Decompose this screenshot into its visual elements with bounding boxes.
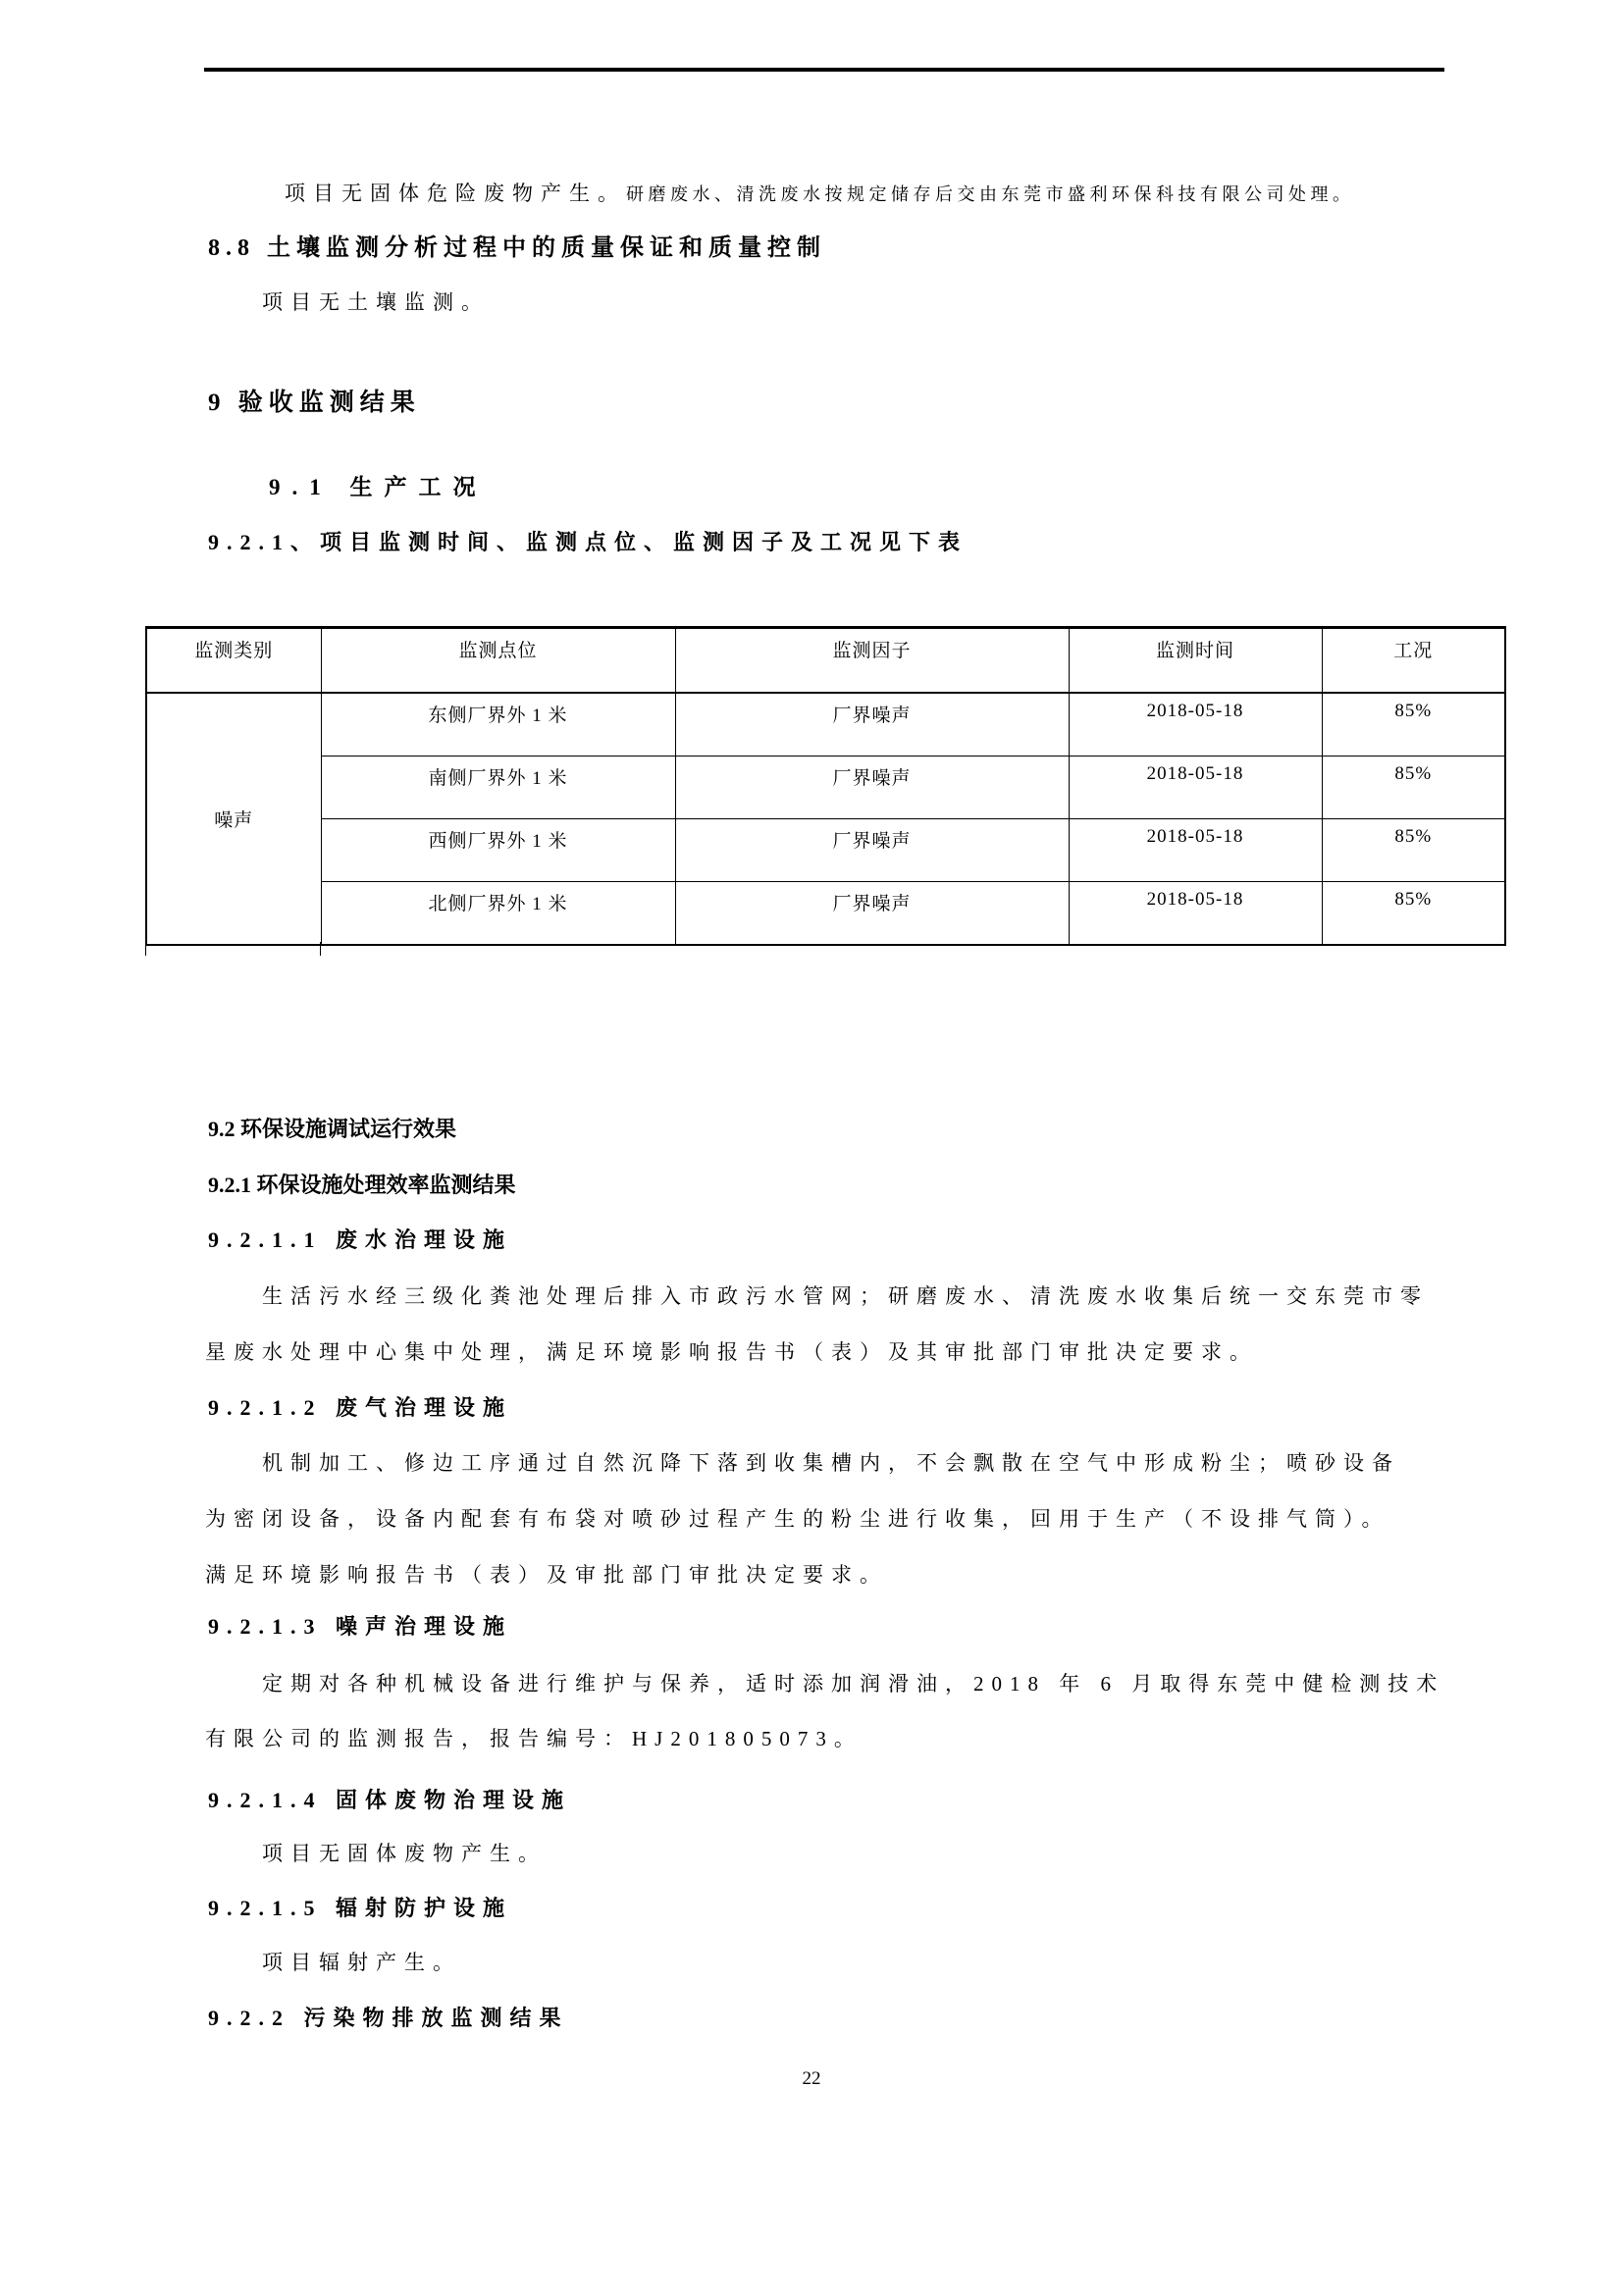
- table-cell-point: 西侧厂界外 1 米: [321, 819, 675, 882]
- heading-9-2: 9.2 环保设施调试运行效果: [208, 1115, 456, 1146]
- heading-9-2-1-intro: 9.2.1、项目监测时间、监测点位、监测因子及工况见下表: [208, 528, 968, 559]
- paragraph-9-2-1-4: 项目无固体废物产生。: [262, 1839, 547, 1870]
- paragraph-9-2-1-1-line2: 星废水处理中心集中处理，满足环境影响报告书（表）及其审批部门审批决定要求。: [205, 1337, 1258, 1369]
- table-cell-load: 85%: [1322, 757, 1505, 819]
- paragraph-9-2-1-3-line2: 有限公司的监测报告，报告编号：HJ201805073。: [205, 1724, 863, 1755]
- heading-8-8: 8.8 土壤监测分析过程中的质量保证和质量控制: [208, 234, 826, 265]
- header-rule: [204, 68, 1444, 72]
- table-header-factor: 监测因子: [675, 628, 1069, 694]
- paragraph-9-2-1-2-line1: 机制加工、修边工序通过自然沉降下落到收集槽内，不会飘散在空气中形成粉尘；喷砂设备: [262, 1448, 1400, 1480]
- table-cell-factor: 厂界噪声: [675, 819, 1069, 882]
- table-row: 北侧厂界外 1 米 厂界噪声 2018-05-18 85%: [146, 882, 1505, 946]
- paragraph-9-2-1-2-line2: 为密闭设备，设备内配套有布袋对喷砂过程产生的粉尘进行收集，回用于生产（不设排气筒…: [205, 1504, 1390, 1536]
- paragraph-9-2-1-3-line1: 定期对各种机械设备进行维护与保养，适时添加润滑油，2018 年 6 月取得东莞中…: [262, 1669, 1444, 1700]
- heading-9-1: 9.1 生产工况: [269, 473, 488, 504]
- intro-text-large: 项目无固体危险废物产生。: [285, 182, 626, 205]
- table-header-row: 监测类别 监测点位 监测因子 监测时间 工况: [146, 628, 1505, 694]
- table-border-stub: [145, 942, 146, 956]
- table-row: 噪声 东侧厂界外 1 米 厂界噪声 2018-05-18 85%: [146, 693, 1505, 757]
- table-cell-load: 85%: [1322, 693, 1505, 757]
- intro-text-small: 研磨废水、清洗废水按规定储存后交由东莞市盛利环保科技有限公司处理。: [626, 184, 1355, 204]
- table-cell-time: 2018-05-18: [1069, 757, 1322, 819]
- table-header-time: 监测时间: [1069, 628, 1322, 694]
- table-cell-load: 85%: [1322, 882, 1505, 946]
- intro-paragraph: 项目无固体危险废物产生。研磨废水、清洗废水按规定储存后交由东莞市盛利环保科技有限…: [285, 179, 1355, 210]
- paragraph-9-2-1-1-line1: 生活污水经三级化粪池处理后排入市政污水管网；研磨废水、清洗废水收集后统一交东莞市…: [262, 1281, 1429, 1313]
- heading-9-2-1-4: 9.2.1.4 固体废物治理设施: [208, 1786, 571, 1817]
- heading-9-2-1-2: 9.2.1.2 废气治理设施: [208, 1393, 512, 1425]
- table-border-stub: [320, 942, 321, 956]
- heading-9: 9 验收监测结果: [208, 389, 421, 420]
- table-row: 南侧厂界外 1 米 厂界噪声 2018-05-18 85%: [146, 757, 1505, 819]
- table-cell-factor: 厂界噪声: [675, 693, 1069, 757]
- heading-9-2-1-1: 9.2.1.1 废水治理设施: [208, 1226, 512, 1257]
- document-page: 项目无固体危险废物产生。研磨废水、清洗废水按规定储存后交由东莞市盛利环保科技有限…: [0, 0, 1623, 2296]
- table-cell-point: 东侧厂界外 1 米: [321, 693, 675, 757]
- paragraph-9-2-1-5: 项目辐射产生。: [262, 1948, 461, 1979]
- table-cell-point: 北侧厂界外 1 米: [321, 882, 675, 946]
- paragraph-8-8: 项目无土壤监测。: [262, 287, 490, 319]
- page-number: 22: [0, 2068, 1623, 2090]
- heading-9-2-1: 9.2.1 环保设施处理效率监测结果: [208, 1171, 516, 1202]
- heading-9-2-2: 9.2.2 污染物排放监测结果: [208, 2004, 569, 2035]
- table-cell-time: 2018-05-18: [1069, 819, 1322, 882]
- table-header-load: 工况: [1322, 628, 1505, 694]
- table-cell-factor: 厂界噪声: [675, 757, 1069, 819]
- table-header-category: 监测类别: [146, 628, 321, 694]
- paragraph-9-2-1-2-line3: 满足环境影响报告书（表）及审批部门审批决定要求。: [205, 1560, 888, 1592]
- table-cell-factor: 厂界噪声: [675, 882, 1069, 946]
- table-cell-category: 噪声: [146, 693, 321, 945]
- heading-9-2-1-3: 9.2.1.3 噪声治理设施: [208, 1612, 512, 1644]
- monitoring-table: 监测类别 监测点位 监测因子 监测时间 工况 噪声 东侧厂界外 1 米 厂界噪声…: [145, 626, 1506, 946]
- heading-9-2-1-5: 9.2.1.5 辐射防护设施: [208, 1894, 512, 1925]
- table-cell-time: 2018-05-18: [1069, 693, 1322, 757]
- table-cell-point: 南侧厂界外 1 米: [321, 757, 675, 819]
- table-cell-load: 85%: [1322, 819, 1505, 882]
- table-header-point: 监测点位: [321, 628, 675, 694]
- table-cell-time: 2018-05-18: [1069, 882, 1322, 946]
- table-row: 西侧厂界外 1 米 厂界噪声 2018-05-18 85%: [146, 819, 1505, 882]
